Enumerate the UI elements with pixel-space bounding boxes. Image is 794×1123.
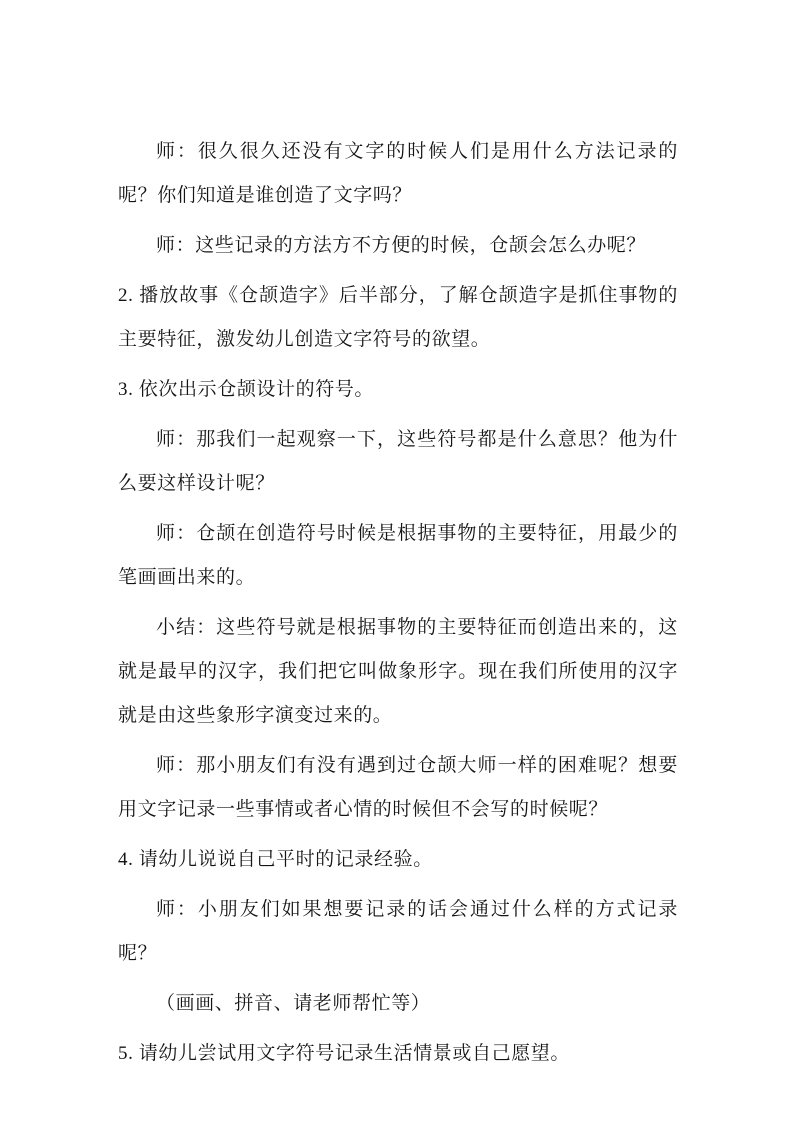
paragraph-step-3: 3. 依次出示仓颉设计的符号。 <box>118 368 678 412</box>
paragraph-teacher-dialog-3: 师：那我们一起观察一下，这些符号都是什么意思？他为什么要这样设计呢？ <box>118 418 678 506</box>
paragraph-step-2: 2. 播放故事《仓颉造字》后半部分，了解仓颉造字是抓住事物的主要特征，激发幼儿创… <box>118 274 678 362</box>
paragraph-teacher-dialog-4: 师：仓颉在创造符号时候是根据事物的主要特征，用最少的笔画画出来的。 <box>118 512 678 600</box>
document-page: 师：很久很久还没有文字的时候人们是用什么方法记录的呢？你们知道是谁创造了文字吗？… <box>0 0 794 1123</box>
paragraph-summary: 小结：这些符号就是根据事物的主要特征而创造出来的，这就是最早的汉字，我们把它叫做… <box>118 606 678 738</box>
paragraph-teacher-dialog-1: 师：很久很久还没有文字的时候人们是用什么方法记录的呢？你们知道是谁创造了文字吗？ <box>118 130 678 218</box>
document-body: 师：很久很久还没有文字的时候人们是用什么方法记录的呢？你们知道是谁创造了文字吗？… <box>118 130 678 1076</box>
paragraph-step-4: 4. 请幼儿说说自己平时的记录经验。 <box>118 838 678 882</box>
paragraph-step-5: 5. 请幼儿尝试用文字符号记录生活情景或自己愿望。 <box>118 1032 678 1076</box>
paragraph-parenthetical-note: （画画、拼音、请老师帮忙等） <box>118 982 678 1026</box>
paragraph-teacher-dialog-6: 师：小朋友们如果想要记录的话会通过什么样的方式记录呢？ <box>118 888 678 976</box>
paragraph-teacher-dialog-5: 师：那小朋友们有没有遇到过仓颉大师一样的困难呢？想要用文字记录一些事情或者心情的… <box>118 744 678 832</box>
paragraph-teacher-dialog-2: 师：这些记录的方法方不方便的时候，仓颉会怎么办呢？ <box>118 224 678 268</box>
